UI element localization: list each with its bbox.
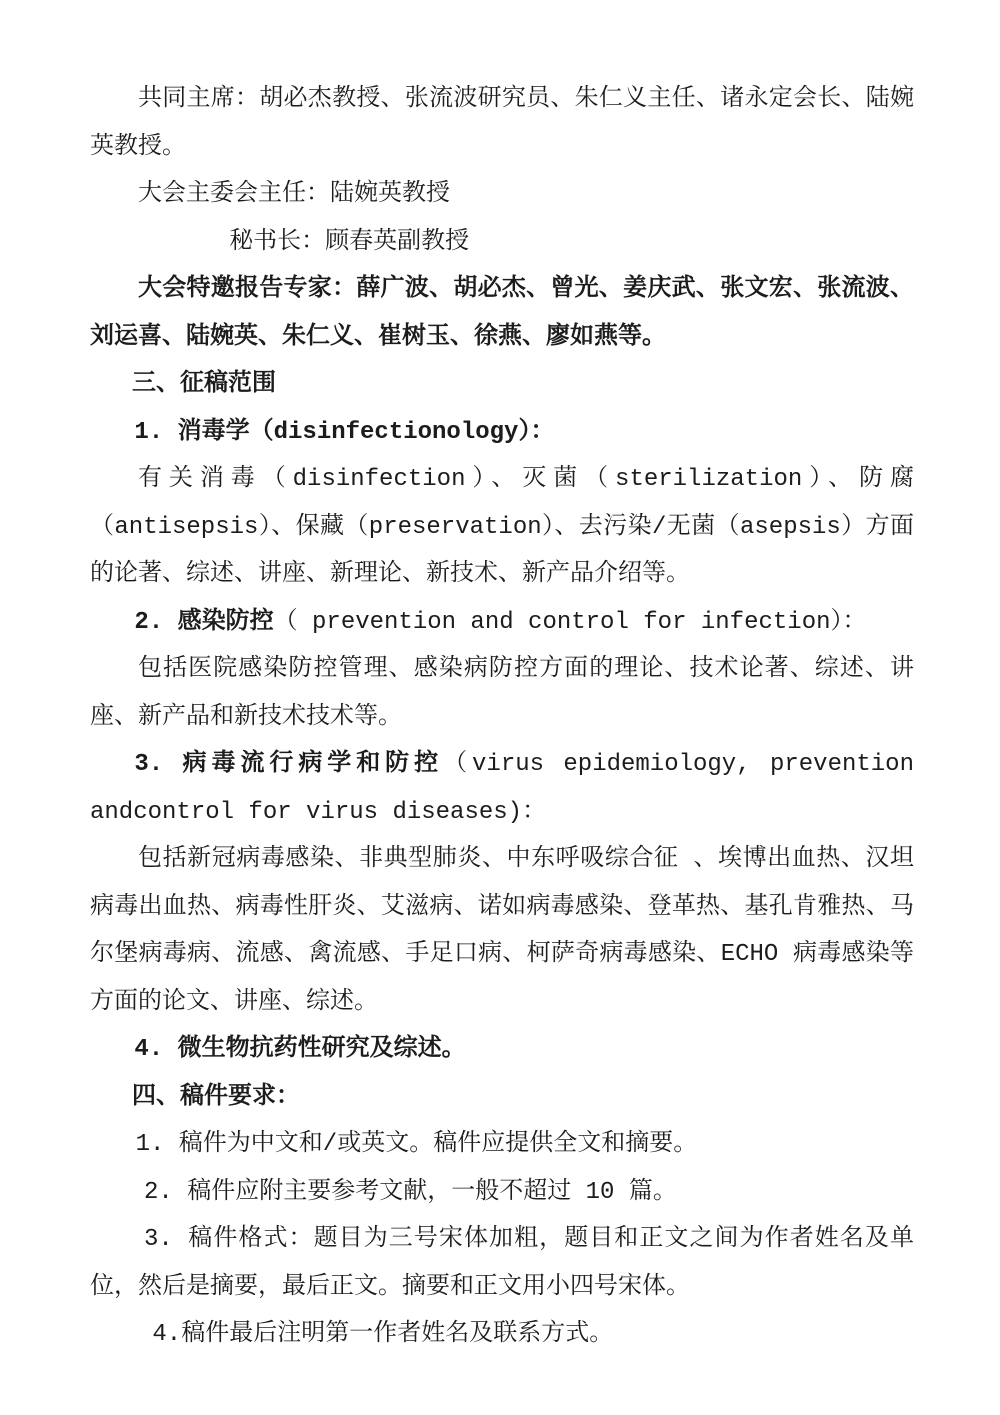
document-body: 共同主席：胡必杰教授、张流波研究员、朱仁义主任、诸永定会长、陆婉英教授。大会主委… [90,76,914,1359]
invited-speakers-text-0: 大会特邀报告专家：薛广波、胡必杰、曾光、姜庆武、张文宏、张流波、刘运喜、陆婉英、… [90,276,914,351]
co-chairs: 共同主席：胡必杰教授、张流波研究员、朱仁义主任、诸永定会长、陆婉英教授。 [90,76,914,171]
requirement-4: 4.稿件最后注明第一作者姓名及联系方式。 [90,1311,914,1359]
scope-item-1-heading-text-0: 1. 消毒学 [134,419,249,446]
scope-item-4-heading: 4. 微生物抗药性研究及综述。 [90,1026,914,1074]
requirement-1: 1. 稿件为中文和/或英文。稿件应提供全文和摘要。 [90,1121,914,1169]
secretary-general-text-0: 秘书长：顾春英副教授 [229,229,469,256]
scope-item-1-description-text-0: 有关消毒（disinfection）、灭菌（sterilization）、防腐（… [90,466,914,588]
requirement-2: 2. 稿件应附主要参考文献，一般不超过 10 篇。 [90,1169,914,1217]
scope-item-2-heading-text-1: （ prevention and control for infection）： [274,609,867,636]
scope-item-3-heading: 3. 病毒流行病学和防控（virus epidemiology, prevent… [90,741,914,836]
scope-item-2-heading-text-0: 2. 感染防控 [134,609,273,636]
requirement-3-text-0: 3. 稿件格式：题目为三号宋体加粗，题目和正文之间为作者姓名及单位，然后是摘要，… [90,1226,914,1301]
requirement-2-text-0: 2. 稿件应附主要参考文献，一般不超过 10 篇。 [144,1179,677,1206]
scope-item-2-heading: 2. 感染防控（ prevention and control for infe… [90,599,914,647]
requirement-4-text-0: 4.稿件最后注明第一作者姓名及联系方式。 [152,1321,613,1348]
section-3-heading-text-0: 三、征稿范围 [132,371,276,398]
committee-director: 大会主委会主任：陆婉英教授 [90,171,914,219]
requirement-1-text-0: 1. 稿件为中文和/或英文。稿件应提供全文和摘要。 [136,1131,698,1158]
co-chairs-text-0: 共同主席：胡必杰教授、张流波研究员、朱仁义主任、诸永定会长、陆婉英教授。 [90,86,914,161]
scope-item-3-description-text-0: 包括新冠病毒感染、非典型肺炎、中东呼吸综合征 、埃博出血热、汉坦病毒出血热、病毒… [90,846,914,1016]
scope-item-2-description: 包括医院感染防控管理、感染病防控方面的理论、技术论著、综述、讲座、新产品和新技术… [90,646,914,741]
scope-item-3-heading-text-0: 3. 病毒流行病学和防控 [134,751,443,778]
invited-speakers: 大会特邀报告专家：薛广波、胡必杰、曾光、姜庆武、张文宏、张流波、刘运喜、陆婉英、… [90,266,914,361]
document-page: 共同主席：胡必杰教授、张流波研究员、朱仁义主任、诸永定会长、陆婉英教授。大会主委… [0,0,1000,1415]
requirement-3: 3. 稿件格式：题目为三号宋体加粗，题目和正文之间为作者姓名及单位，然后是摘要，… [90,1216,914,1311]
scope-item-2-description-text-0: 包括医院感染防控管理、感染病防控方面的理论、技术论著、综述、讲座、新产品和新技术… [90,656,914,731]
section-3-heading: 三、征稿范围 [90,361,914,409]
scope-item-1-description: 有关消毒（disinfection）、灭菌（sterilization）、防腐（… [90,456,914,599]
scope-item-4-heading-text-0: 4. 微生物抗药性研究及综述。 [134,1036,465,1063]
secretary-general: 秘书长：顾春英副教授 [90,219,914,267]
section-4-heading: 四、稿件要求： [90,1074,914,1122]
scope-item-1-heading-text-1: （disinfectionology）： [250,419,555,446]
scope-item-1-heading: 1. 消毒学（disinfectionology）： [90,409,914,457]
scope-item-3-description: 包括新冠病毒感染、非典型肺炎、中东呼吸综合征 、埃博出血热、汉坦病毒出血热、病毒… [90,836,914,1026]
section-4-heading-text-0: 四、稿件要求： [132,1084,300,1111]
committee-director-text-0: 大会主委会主任：陆婉英教授 [138,181,450,208]
